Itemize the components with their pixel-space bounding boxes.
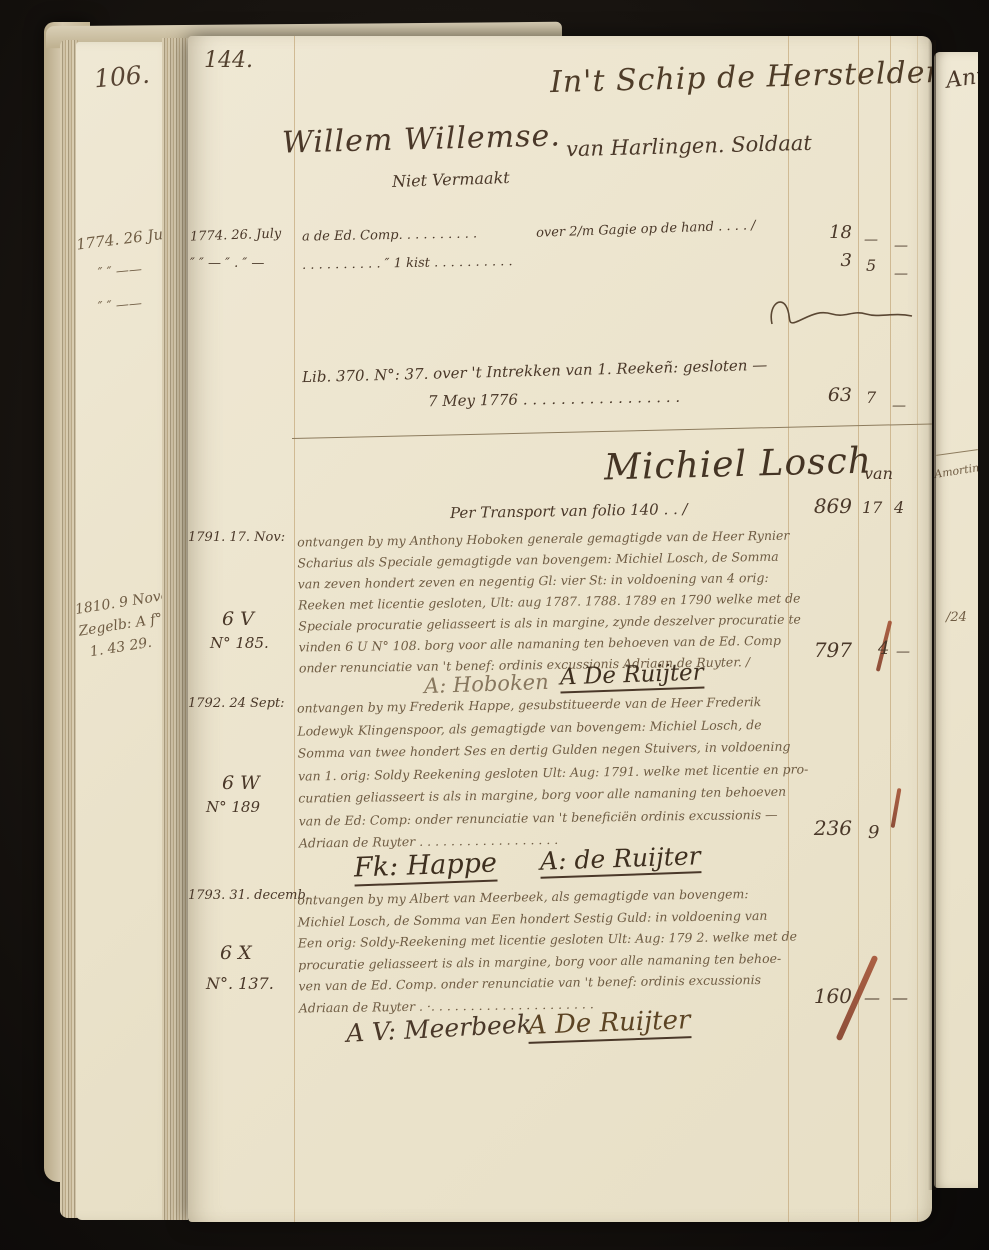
receipt-margin-ref-no: N°. 137. [206,974,274,993]
page-edge-line [917,36,918,1222]
receipt-margin-ref-no: N° 189 [206,798,260,816]
amount-stuivers: 7 [866,388,876,407]
section-divider-rule [292,423,932,439]
amount-penningen: 4 [894,498,904,517]
transport-line: Per Transport van folio 140 . . / [450,500,688,522]
amount-guilders: 18 [800,222,852,243]
right-page-header: Anr [944,63,978,93]
manuscript-photo: 106. 1774. 26 Jul ″ ″ —— ″ ″ —— 1810. 9 … [0,0,989,1250]
lib-entry-line: 7 Mey 1776 . . . . . . . . . . . . . . .… [428,388,680,410]
margin-rule [294,36,295,1222]
receipt-margin-date: 1793. 31. decemb. [188,888,310,903]
right-page-rule [936,449,978,456]
left-page-ditto-row: ″ ″ —— [97,296,142,315]
signature: A: de Ruijter [539,841,701,879]
amount-penningen: — [894,238,908,254]
right-page-note: Amorting [934,460,978,481]
signature: A De Ruijter [527,1005,691,1044]
amount-penningen: — [894,266,908,282]
ship-header: In't Schip de Herstelder [550,55,932,100]
amount-stuivers: 9 [868,822,879,843]
lib-entry-line: Lib. 370. N°: 37. over 't Intrekken van … [302,356,768,386]
amount-stuivers: — [864,988,880,1007]
amount-guilders: 160 [796,984,852,1008]
main-page: 144. In't Schip de Herstelder Willem Wil… [188,36,932,1222]
amount-penningen: — [896,644,910,660]
amount-stuivers: 17 [862,498,882,517]
right-page-ref: /24 [946,610,967,625]
amount-stuivers: — [864,232,878,248]
money-column-rule [858,36,859,1222]
amount-guilders: 869 [796,494,852,518]
red-check-mark [891,788,902,828]
main-page-folio: 144. [204,48,253,73]
entry-desc: . . . . . . . . . . ″ 1 kist . . . . . .… [302,254,513,273]
signature: A De Ruijter [560,660,705,694]
left-page-ditto-row: ″ ″ —— [97,262,142,281]
right-page: Anr Amorting /24 [934,52,978,1188]
amount-stuivers: 4 [878,638,889,659]
amount-penningen: — [892,398,906,414]
account-note: Niet Vermaakt [392,168,510,191]
receipt-margin-date: 1792. 24 Sept: [188,696,285,711]
section-account-suffix: van [864,464,893,483]
receipt-margin-ref-book: 6 V [222,608,254,630]
receipt-margin-date: 1791. 17. Nov: [188,530,285,545]
account-holder-origin: van Harlingen. Soldaat [566,131,812,161]
entry-desc: over 2/m Gagie op de hand . . . . / [536,218,756,241]
entry-date: ″ ″ — ″ . ″ — [190,256,264,271]
account-holder-name: Willem Willemse. [282,118,562,160]
receipt-margin-ref-book: 6 W [222,772,260,794]
receipt-margin-ref-book: 6 X [220,942,252,964]
left-page-folio: 106. [93,60,151,94]
entry-desc: a de Ed. Comp. . . . . . . . . . [302,226,477,244]
receipt-body: ontvangen by my Albert van Meerbeek, als… [297,883,798,1019]
entry-date: 1774. 26. July [190,226,282,244]
section-account-name: Michiel Losch [604,441,873,489]
gutter-shadow [928,40,936,1190]
left-page: 106. 1774. 26 Jul ″ ″ —— ″ ″ —— 1810. 9 … [76,42,176,1220]
bracket-flourish [766,288,916,330]
left-page-archive-note: 1810. 9 Novem: Zegelb: A f° 1. 43 29. [76,582,176,665]
page-edge-stack [162,38,188,1220]
receipt-margin-ref-no: N° 185. [210,634,269,652]
left-page-entry-date: 1774. 26 Jul [76,224,169,253]
receipt-body: ontvangen by my Anthony Hoboken generale… [297,524,802,678]
amount-guilders: 797 [796,638,852,662]
amount-guilders: 63 [800,384,852,406]
signature: Fk: Happe [353,848,497,887]
amount-penningen: — [892,988,908,1007]
amount-guilders: 3 [800,250,852,271]
amount-stuivers: 5 [866,256,876,275]
receipt-body: ontvangen by my Frederik Happe, gesubsti… [297,690,809,855]
amount-guilders: 236 [796,816,852,840]
